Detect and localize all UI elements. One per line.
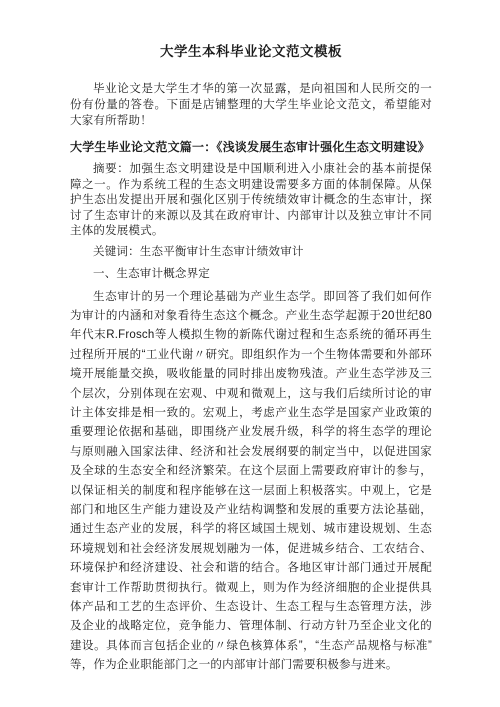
keywords-line: 关键词：生态平衡审计生态审计绩效审计 — [70, 245, 432, 261]
body-paragraph: 生态审计的另一个理论基础为产业生态学。即回答了我们如何作为审计的内涵和对象看待生… — [70, 288, 432, 676]
abstract-paragraph: 摘要：加强生态文明建设是中国顺利进入小康社会的基本前提保障之一。作为系统工程的生… — [70, 162, 432, 240]
intro-paragraph: 毕业论文是大学生才华的第一次显露，是向祖国和人民所交的一份有份量的答卷。下面是店… — [70, 81, 432, 129]
section-heading: 大学生毕业论文范文篇一：《浅谈发展生态审计强化生态文明建设》 — [70, 138, 432, 155]
document-page: 大学生本科毕业论文范文模板 毕业论文是大学生才华的第一次显露，是向祖国和人民所交… — [0, 0, 500, 707]
subheading-concept-definition: 一、生态审计概念界定 — [70, 267, 432, 283]
document-title: 大学生本科毕业论文范文模板 — [70, 40, 432, 60]
